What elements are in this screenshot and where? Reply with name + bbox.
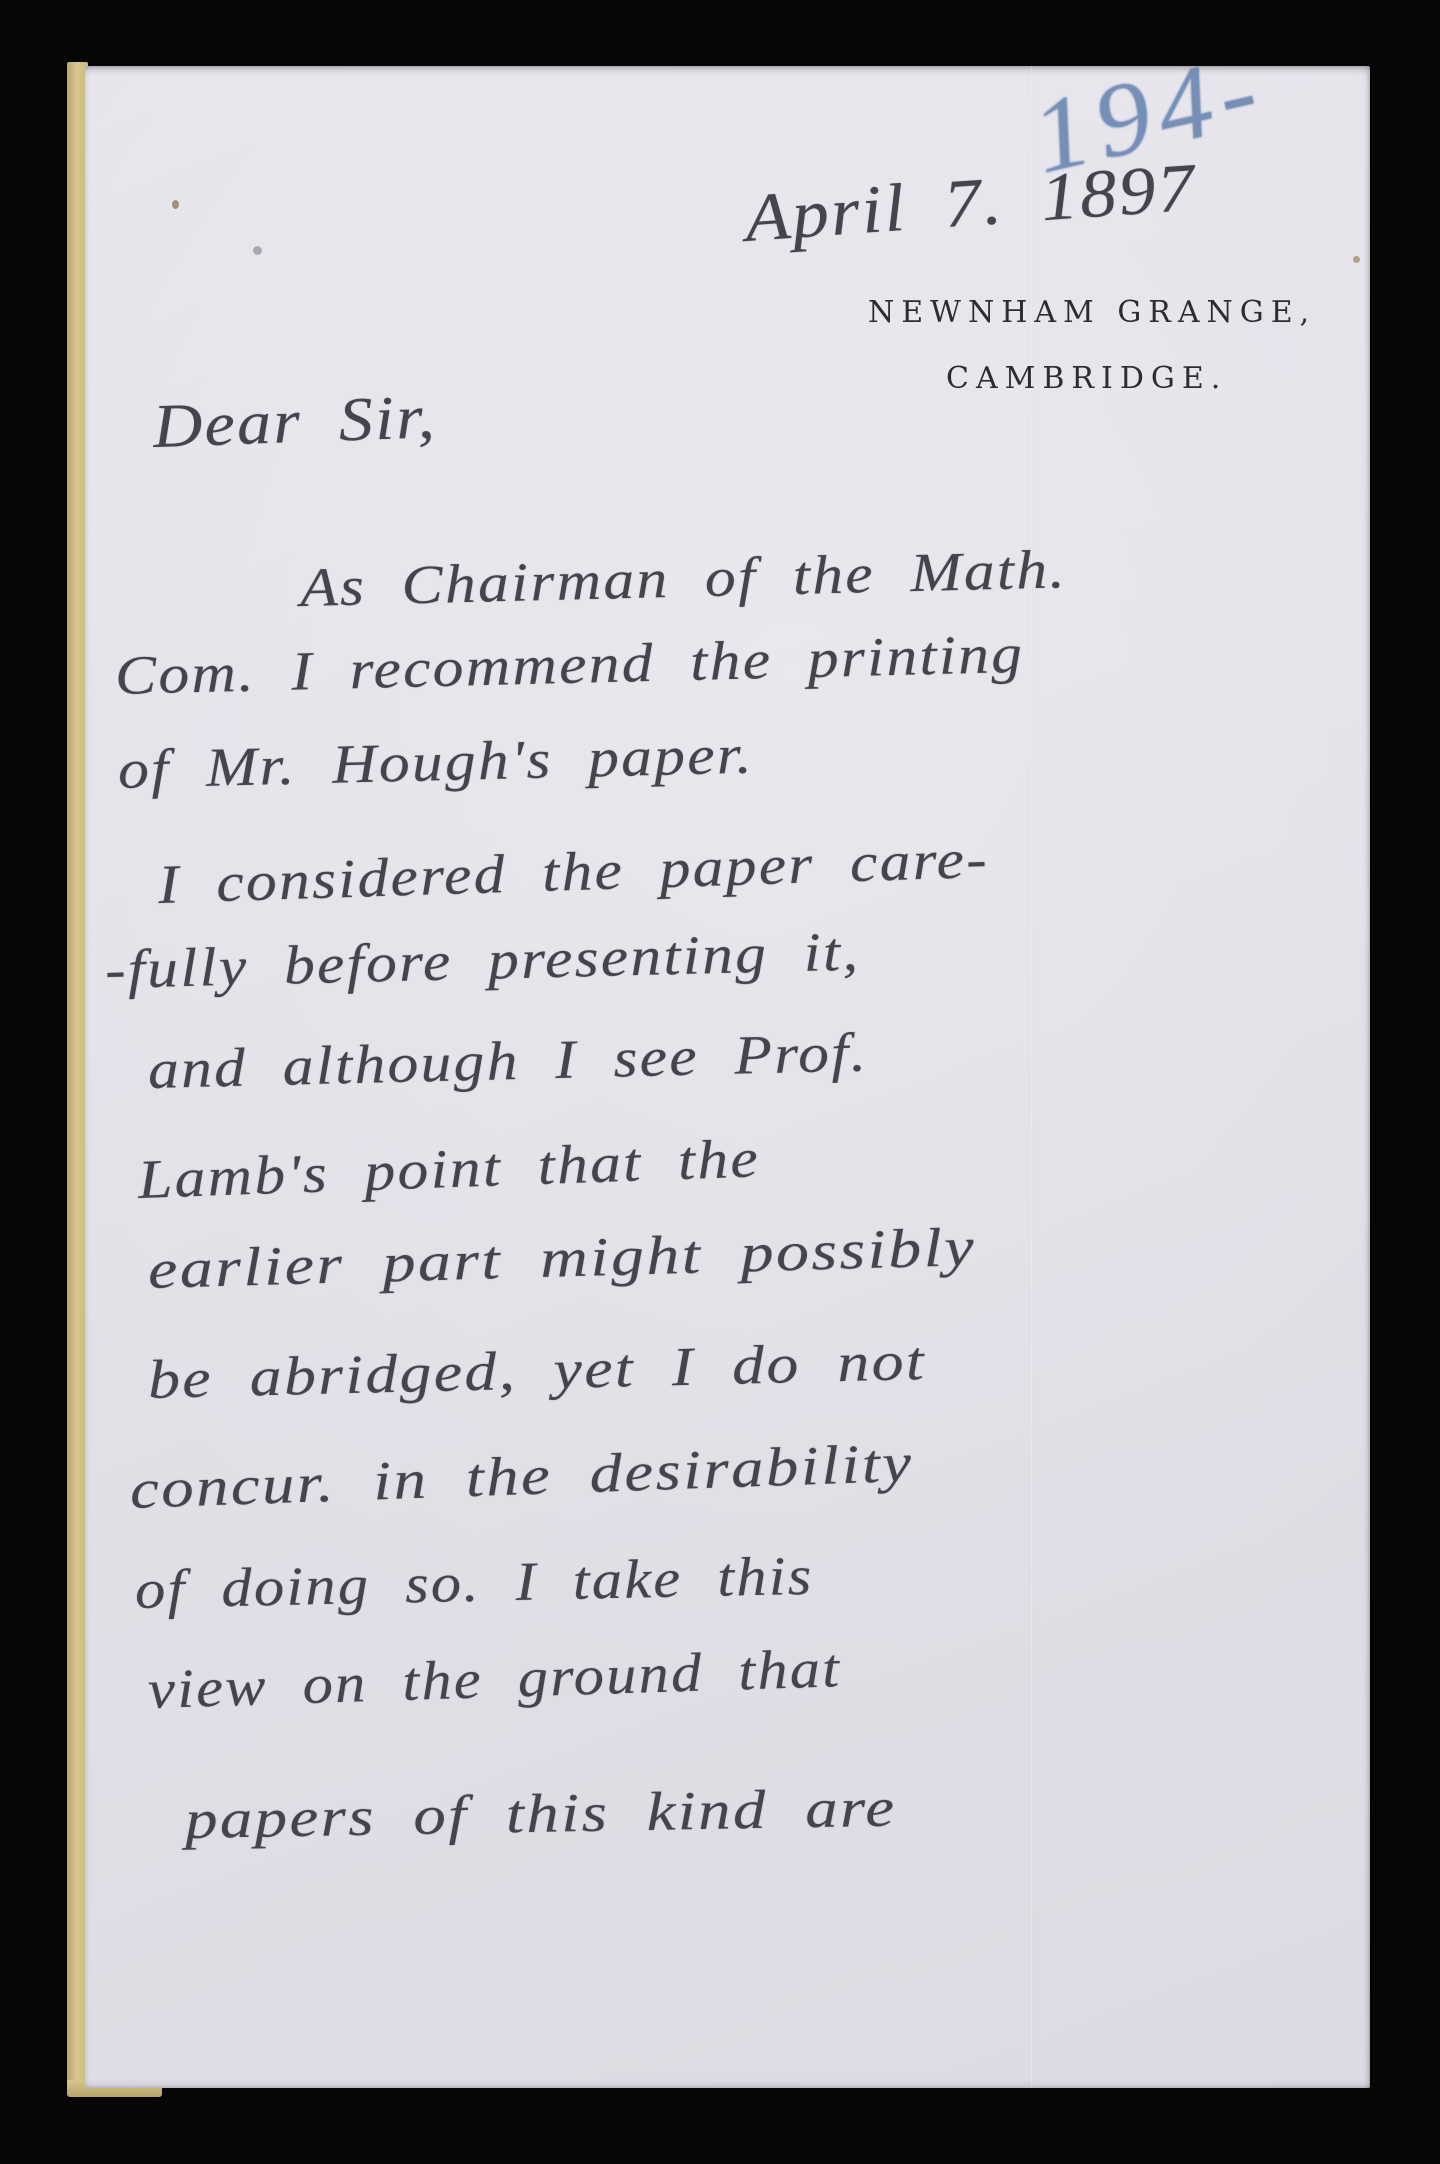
date-line: April 7. 1897 xyxy=(743,153,1199,252)
letter-line: earlier part might possibly xyxy=(147,1219,976,1297)
letter-line: concur. in the desirability xyxy=(129,1435,914,1517)
letterhead-line-1: NEWNHAM GRANGE, xyxy=(868,295,1316,330)
paper-speck xyxy=(1353,256,1360,263)
letter-line: and although I see Prof. xyxy=(147,1024,868,1097)
letter-line: -fully before presenting it, xyxy=(104,924,860,997)
photo-background: 194- April 7. 1897 NEWNHAM GRANGE, CAMBR… xyxy=(0,0,1440,2164)
paper-speck xyxy=(172,200,179,209)
salutation: Dear Sir, xyxy=(152,386,438,458)
letterhead-line-2: CAMBRIDGE. xyxy=(946,361,1227,396)
letter-line: papers of this kind are xyxy=(185,1780,897,1847)
paper-speck xyxy=(253,246,262,255)
letter-page: 194- April 7. 1897 NEWNHAM GRANGE, CAMBR… xyxy=(85,66,1370,2088)
letter-line: Com. I recommend the printing xyxy=(114,626,1024,703)
letter-line: of Mr. Hough's paper. xyxy=(117,726,754,797)
letter-line: As Chairman of the Math. xyxy=(299,541,1067,615)
letter-line: of doing so. I take this xyxy=(134,1548,814,1617)
letter-line: Lamb's point that the xyxy=(137,1130,761,1207)
letter-line: be abridged, yet I do not xyxy=(147,1333,926,1407)
letter-line: I considered the paper care- xyxy=(157,831,989,912)
letter-line: view on the ground that xyxy=(147,1640,842,1717)
